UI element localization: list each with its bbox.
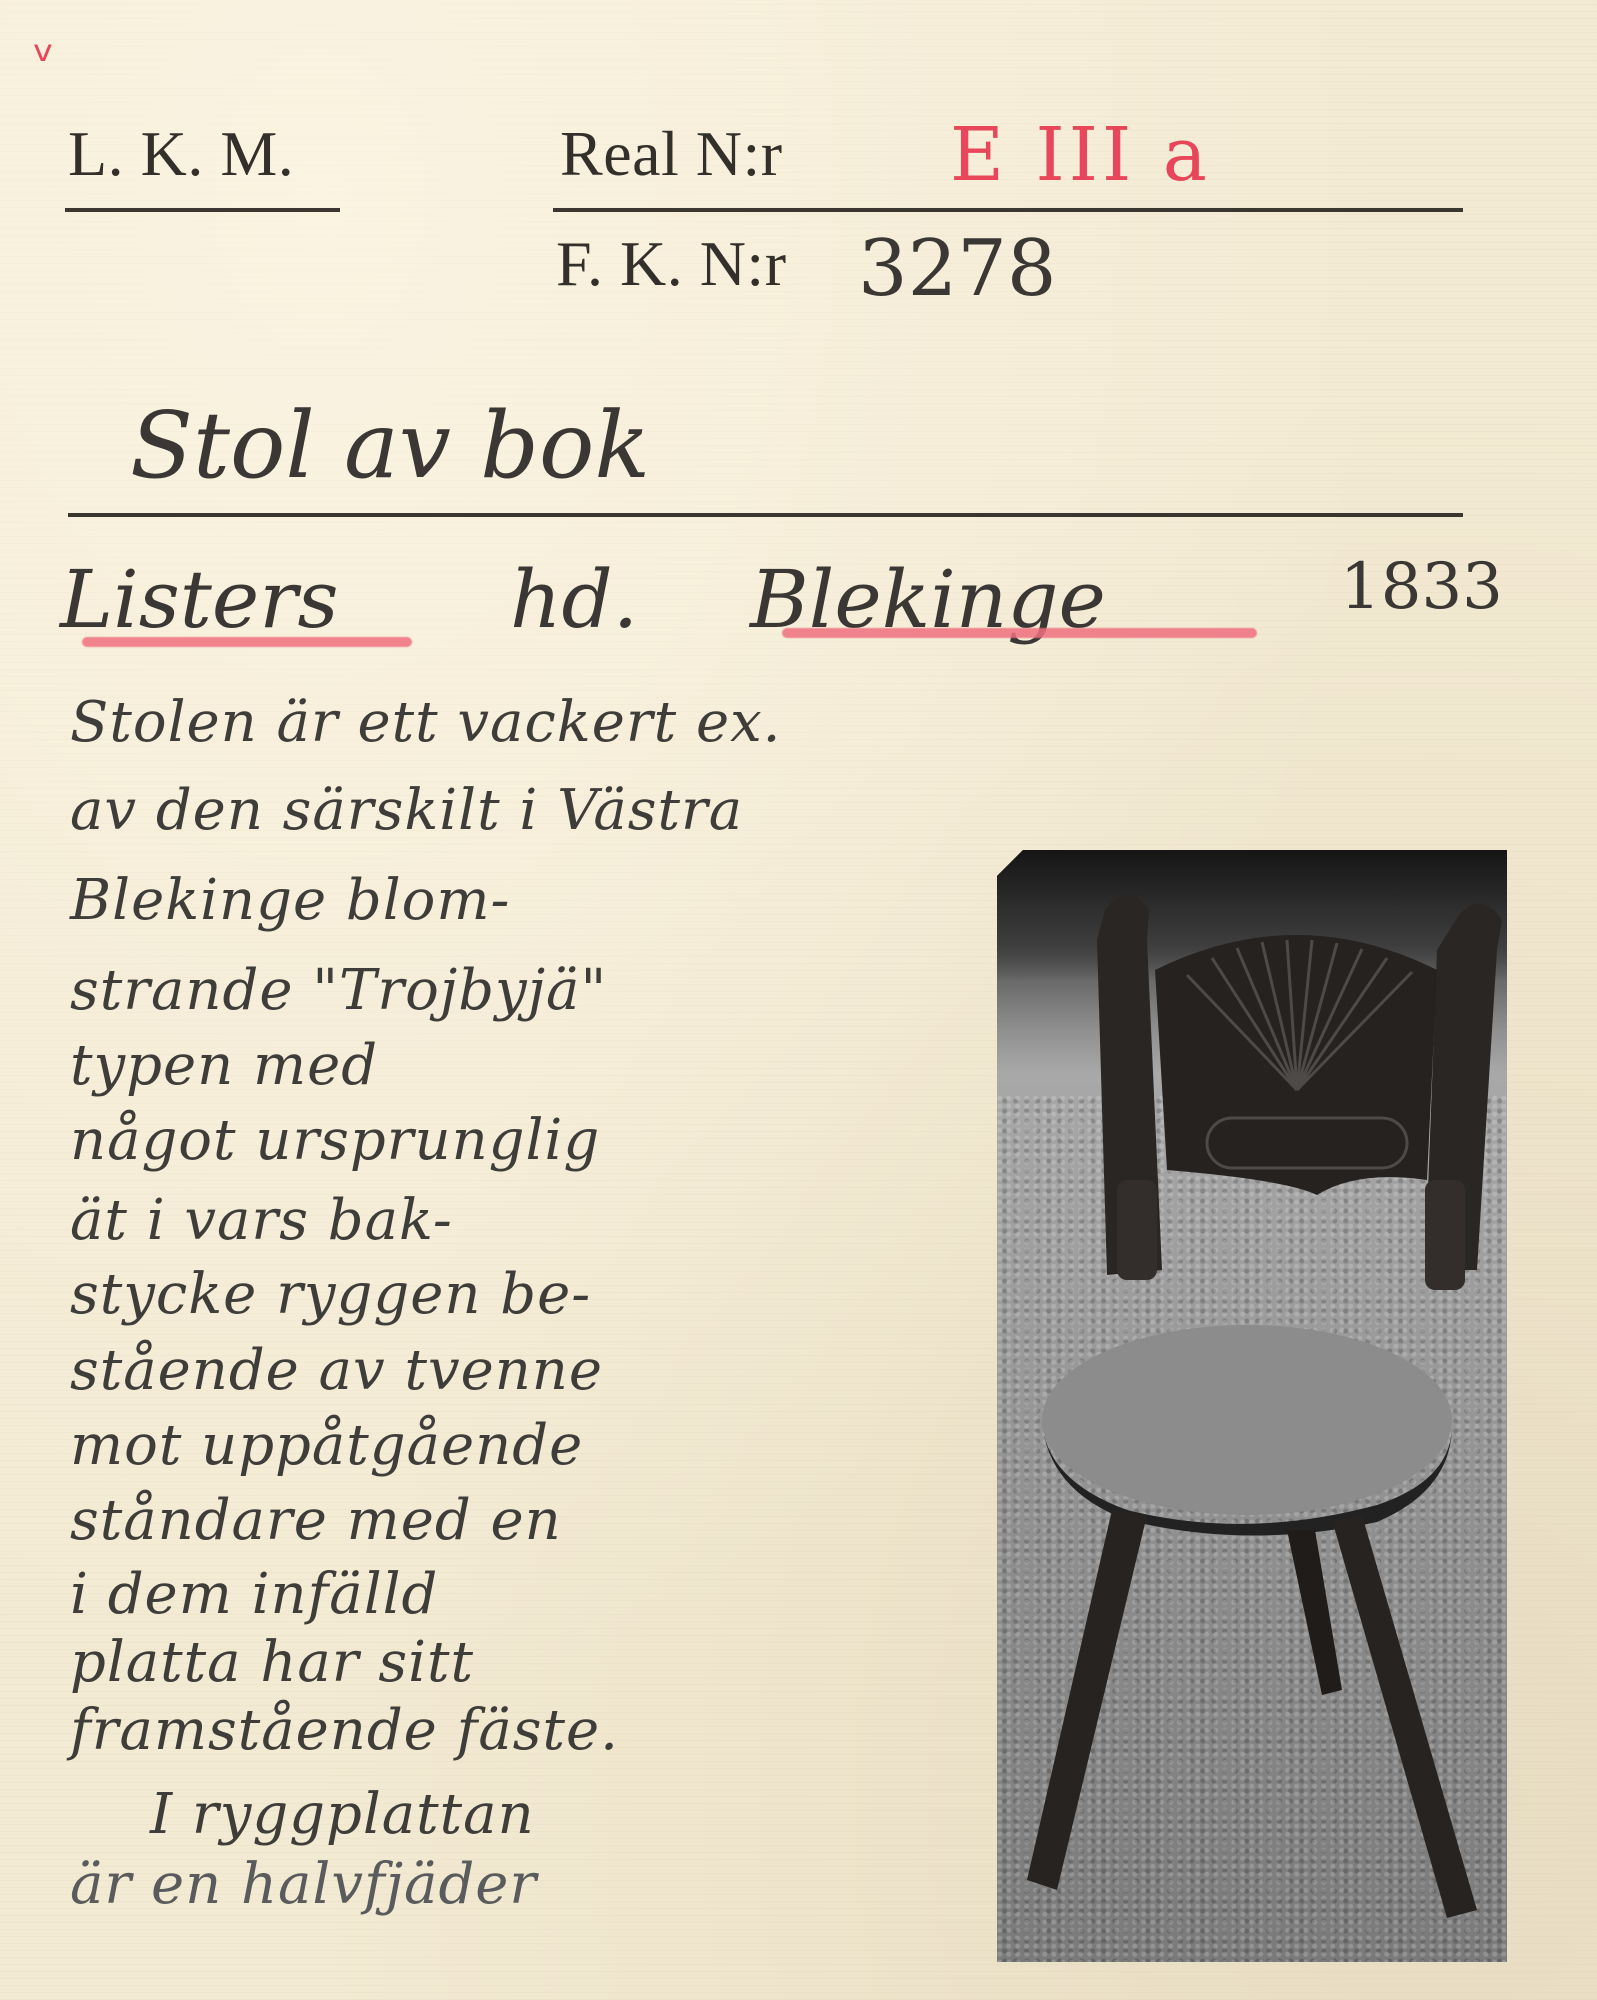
- description-line: platta har sitt: [70, 1630, 474, 1695]
- description-line: typen med: [70, 1033, 378, 1098]
- description-line: framstående fäste.: [70, 1698, 619, 1763]
- provenance-year: 1833: [1340, 555, 1503, 619]
- province-red-underline: [782, 628, 1257, 638]
- museum-abbrev-rule: [65, 208, 340, 212]
- real-nr-label: Real N:r: [560, 122, 783, 186]
- description-line: något ursprunglig: [70, 1108, 600, 1173]
- description-line: mot uppåtgående: [70, 1413, 583, 1478]
- description-line: Stolen är ett vackert ex.: [70, 690, 781, 755]
- district-red-underline: [82, 637, 412, 647]
- museum-abbrev: L. K. M.: [68, 122, 294, 186]
- provenance-district: Listers: [60, 560, 339, 640]
- description-line: ståndare med en: [70, 1488, 562, 1553]
- red-check-mark: v: [33, 34, 53, 69]
- real-nr-value: E III a: [950, 118, 1211, 192]
- description-line: Blekinge blom-: [70, 868, 510, 933]
- object-title: Stol av bok: [130, 400, 650, 492]
- description-line: strande "Trojbyjä": [70, 958, 607, 1023]
- description-line: i dem infälld: [70, 1562, 438, 1627]
- chair-photograph: [997, 850, 1507, 1962]
- fk-nr-value: 3278: [858, 230, 1057, 308]
- description-line: stycke ryggen be-: [70, 1262, 591, 1327]
- description-line: är en halvfjäder: [70, 1852, 537, 1917]
- provenance-hundred: hd.: [510, 560, 638, 640]
- real-nr-rule: [553, 208, 1463, 212]
- chair-icon: [997, 850, 1507, 1962]
- catalogue-card: v L. K. M. Real N:r E III a F. K. N:r 32…: [0, 0, 1597, 2000]
- fk-nr-label: F. K. N:r: [556, 232, 787, 296]
- description-line: I ryggplattan: [150, 1782, 535, 1847]
- description-line: stående av tvenne: [70, 1338, 603, 1403]
- description-line: av den särskilt i Västra: [70, 778, 743, 843]
- title-rule: [68, 513, 1463, 517]
- description-line: ät i vars bak-: [70, 1188, 453, 1253]
